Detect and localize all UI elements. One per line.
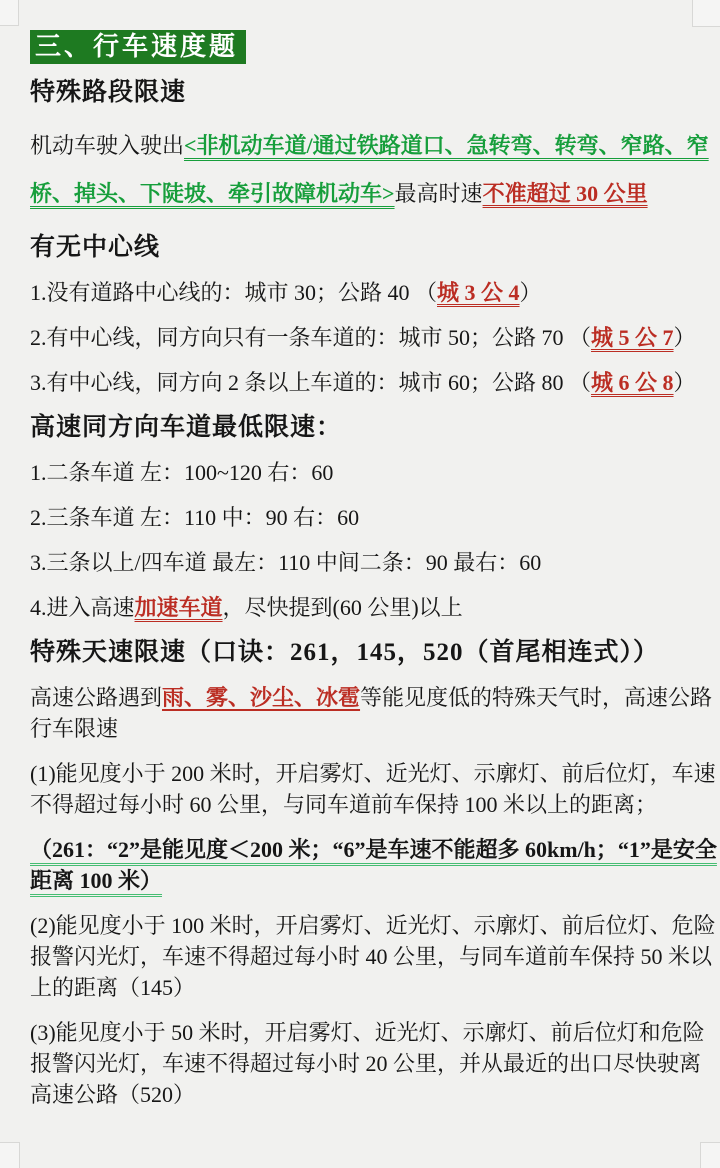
text-run-plain: (1)能见度小于 200 米时，开启雾灯、近光灯、示廓灯、前后位灯，车速不得超过…	[30, 761, 716, 817]
para-visibility-100: (2)能见度小于 100 米时，开启雾灯、近光灯、示廓灯、前后位灯、危险报警闪光…	[30, 910, 720, 1003]
item-no-center-line: 1.没有道路中心线的：城市 30；公路 40 （城 3 公 4）	[30, 277, 720, 308]
text-run-plain: 3.三条以上/四车道 最左：110 中间二条：90 最右：60	[30, 550, 541, 575]
text-run-plain: 1.二条车道 左：100~120 右：60	[30, 460, 333, 485]
para-special-road-rule: 机动车驶入驶出<非机动车道/通过铁路道口、急转弯、转弯、窄路、窄桥、掉头、下陡坡…	[30, 122, 720, 218]
item-acceleration-lane: 4.进入高速加速车道，尽快提到(60 公里)以上	[30, 592, 720, 623]
text-run-red-du: 不准超过 30 公里	[483, 181, 648, 206]
heading-center-line: 有无中心线	[30, 232, 720, 263]
text-run-plain: 特殊路段限速	[30, 79, 186, 106]
text-run-red-du: 城 5 公 7	[591, 325, 674, 350]
item-center-line-two-plus-lanes: 3.有中心线，同方向 2 条以上车道的：城市 60；公路 80 （城 6 公 8…	[30, 367, 720, 398]
heading-highway-min-speeds: 高速同方向车道最低限速：	[30, 412, 720, 443]
text-run-plain: 有无中心线	[30, 234, 160, 261]
text-run-red-u: 雨、雾、沙尘、冰雹	[162, 685, 360, 710]
margin-crop-mark-top-left	[0, 0, 19, 26]
margin-crop-mark-top-right	[692, 0, 720, 27]
text-run-red-du: 加速车道	[135, 595, 223, 620]
text-run-plain: ）	[520, 280, 542, 305]
text-run-plain: ）	[674, 325, 696, 350]
text-run-plain: ，尽快提到(60 公里)以上	[223, 595, 463, 620]
margin-crop-mark-bottom-right	[700, 1142, 720, 1168]
text-run-plain: 1.没有道路中心线的：城市 30；公路 40 （	[30, 280, 437, 305]
heading-special-road-limits: 特殊路段限速	[30, 77, 720, 108]
item-four-lanes: 3.三条以上/四车道 最左：110 中间二条：90 最右：60	[30, 547, 720, 578]
text-run-plain: 机动车驶入驶出	[30, 133, 184, 158]
text-run-plain: 高速公路遇到	[30, 685, 162, 710]
item-center-line-one-lane: 2.有中心线，同方向只有一条车道的：城市 50；公路 70 （城 5 公 7）	[30, 322, 720, 353]
document-title: 三、行车速度题	[30, 30, 246, 64]
heading-special-weather: 特殊天速限速（口诀：261，145，520（首尾相连式））	[30, 637, 720, 668]
para-visibility-200: (1)能见度小于 200 米时，开启雾灯、近光灯、示廓灯、前后位灯，车速不得超过…	[30, 758, 720, 820]
para-visibility-50: (3)能见度小于 50 米时，开启雾灯、近光灯、示廓灯、前后位灯和危险报警闪光灯…	[30, 1017, 720, 1110]
text-run-red-du: 城 6 公 8	[591, 370, 674, 395]
margin-crop-mark-bottom-left	[0, 1142, 20, 1168]
text-run-plain: 2.有中心线，同方向只有一条车道的：城市 50；公路 70 （	[30, 325, 591, 350]
text-run-red-du: 城 3 公 4	[437, 280, 520, 305]
note-261-mnemonic: （261：“2”是能见度＜200 米；“6”是车速不能超多 60km/h；“1”…	[30, 834, 720, 896]
item-two-lanes: 1.二条车道 左：100~120 右：60	[30, 457, 720, 488]
document-page: 三、行车速度题 特殊路段限速机动车驶入驶出<非机动车道/通过铁路道口、急转弯、转…	[0, 0, 720, 1110]
document-body: 特殊路段限速机动车驶入驶出<非机动车道/通过铁路道口、急转弯、转弯、窄路、窄桥、…	[30, 77, 720, 1110]
text-run-plain: 高速同方向车道最低限速：	[30, 414, 342, 441]
text-run-plain: 3.有中心线，同方向 2 条以上车道的：城市 60；公路 80 （	[30, 370, 591, 395]
item-three-lanes: 2.三条车道 左：110 中：90 右：60	[30, 502, 720, 533]
text-run-plain: ）	[674, 370, 696, 395]
text-run-plain: (3)能见度小于 50 米时，开启雾灯、近光灯、示廓灯、前后位灯和危险报警闪光灯…	[30, 1020, 705, 1107]
text-run-plain: 最高时速	[395, 181, 483, 206]
text-run-plain: (2)能见度小于 100 米时，开启雾灯、近光灯、示廓灯、前后位灯、危险报警闪光…	[30, 913, 716, 1000]
text-run-plain: 2.三条车道 左：110 中：90 右：60	[30, 505, 359, 530]
text-run-plain: 4.进入高速	[30, 595, 135, 620]
text-run-plain: （261：“2”是能见度＜200 米；“6”是车速不能超多 60km/h；“1”…	[30, 837, 717, 893]
text-run-plain: 特殊天速限速（口诀：261，145，520（首尾相连式））	[30, 639, 659, 666]
title-row: 三、行车速度题	[30, 30, 720, 64]
para-special-weather-intro: 高速公路遇到雨、雾、沙尘、冰雹等能见度低的特殊天气时，高速公路行车限速	[30, 682, 720, 744]
